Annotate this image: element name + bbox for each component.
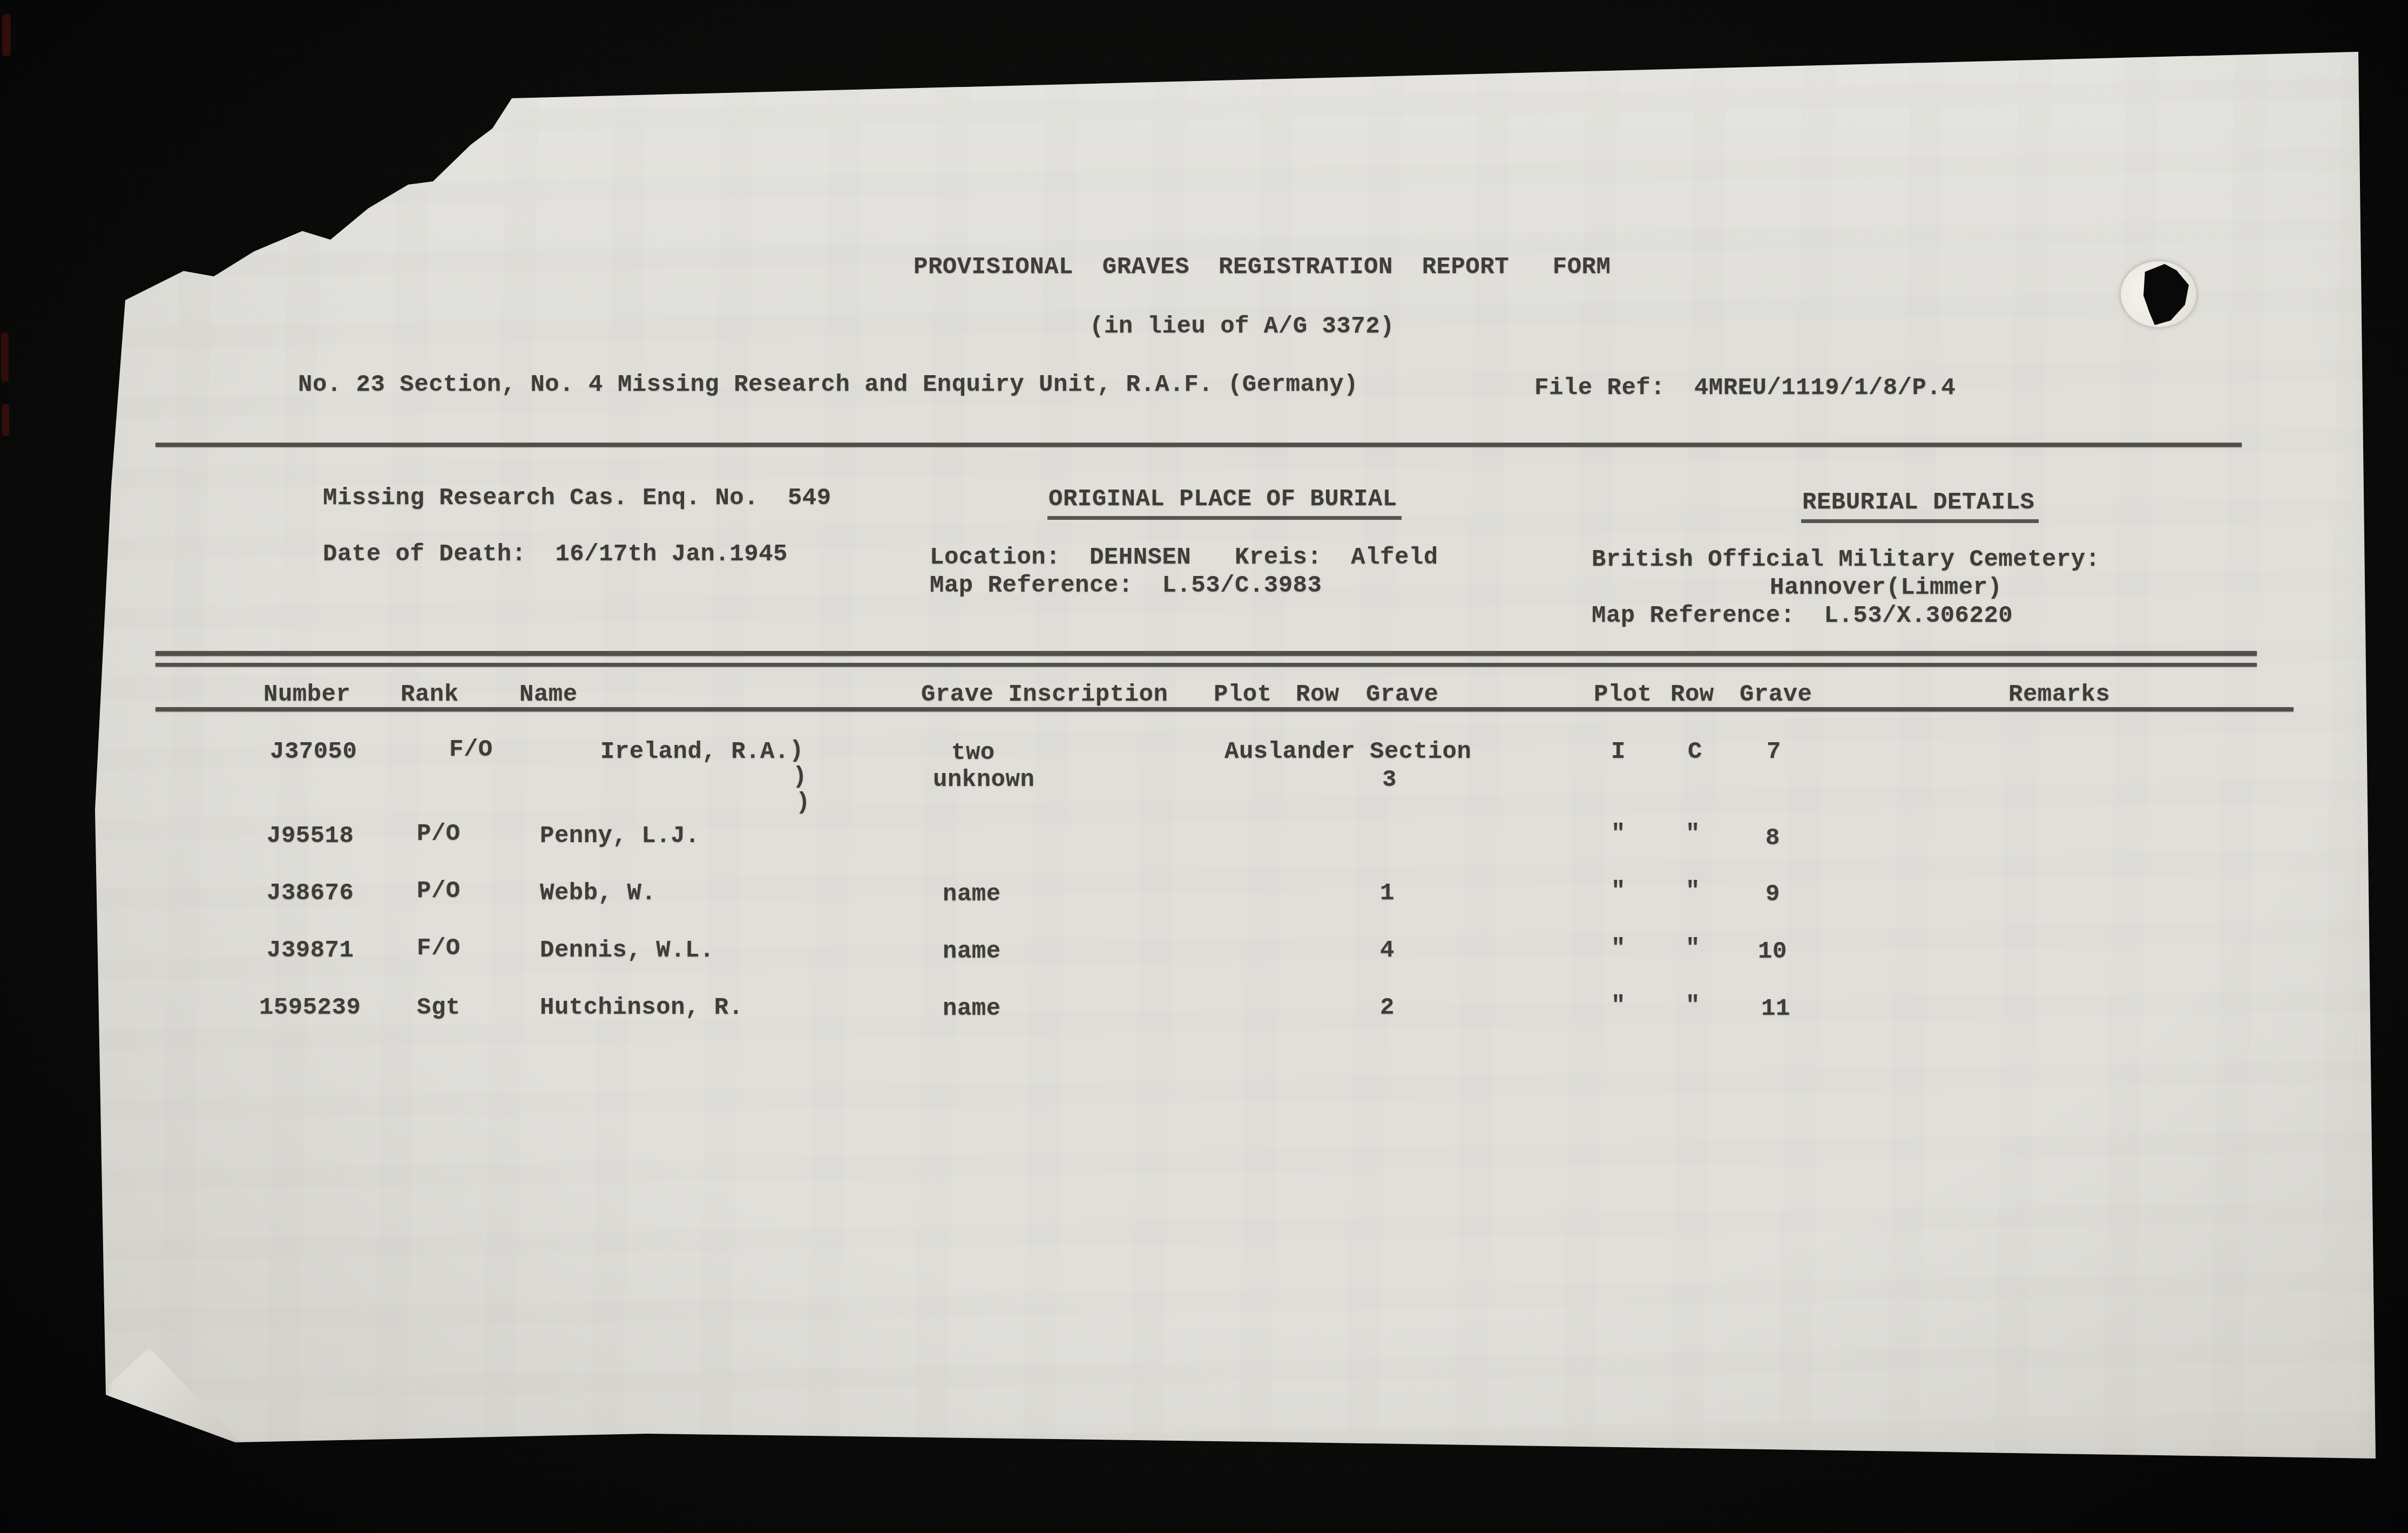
col-header-grave-inscription: Grave Inscription <box>921 681 1168 708</box>
cell-rank: P/O <box>417 878 461 905</box>
cell-reburial-row: " <box>1686 820 1700 847</box>
cell-number: J95518 <box>267 823 354 850</box>
cell-reburial-grave: 7 <box>1767 738 1781 765</box>
cell-reburial-grave: 10 <box>1758 938 1787 965</box>
col-header-rank: Rank <box>401 681 459 708</box>
cell-number: 1595239 <box>259 994 361 1021</box>
cell-original-plot-row-grave: 3 <box>1382 766 1397 793</box>
cell-reburial-row: C <box>1688 738 1702 765</box>
group-brace: ) <box>793 763 807 790</box>
document-page: PROVISIONAL GRAVES REGISTRATION REPORT F… <box>0 0 2408 1533</box>
cell-grave-inscription: unknown <box>933 766 1034 793</box>
col-header-name: Name <box>519 681 578 708</box>
col-header-grave-original: Grave <box>1366 681 1439 708</box>
divider-top <box>155 443 2242 447</box>
page-subtitle: (in lieu of A/G 3372) <box>1090 313 1395 340</box>
binding-red-mark <box>1 333 9 382</box>
scan-background: PROVISIONAL GRAVES REGISTRATION REPORT F… <box>0 0 2408 1533</box>
date-of-death: Date of Death: 16/17th Jan.1945 <box>323 541 788 568</box>
binding-red-mark <box>2 404 9 436</box>
punch-hole <box>2121 261 2196 327</box>
cell-reburial-plot: I <box>1611 738 1626 765</box>
col-header-number: Number <box>263 681 350 708</box>
cell-grave-inscription: name <box>943 995 1001 1022</box>
cell-number: J37050 <box>270 738 357 765</box>
folded-corner <box>106 1345 241 1445</box>
col-header-row-original: Row <box>1296 681 1340 708</box>
cell-reburial-row: " <box>1686 992 1700 1019</box>
cell-name: Dennis, W.L. <box>540 937 714 964</box>
page-title: PROVISIONAL GRAVES REGISTRATION REPORT F… <box>914 254 1611 281</box>
reburial-cemetery-name: Hannover(Limmer) <box>1770 574 2002 601</box>
reburial-label: REBURIAL DETAILS <box>1801 489 2039 523</box>
cell-rank: F/O <box>449 736 493 763</box>
cell-rank: Sgt <box>417 994 461 1021</box>
col-header-grave-reburial: Grave <box>1740 681 1812 708</box>
col-header-plot-original: Plot <box>1214 681 1272 708</box>
cell-reburial-plot: " <box>1611 992 1626 1019</box>
section-header-original-burial: ORIGINAL PLACE OF BURIAL <box>1049 486 1402 513</box>
cell-number: J38676 <box>267 880 354 907</box>
binding-red-mark <box>2 14 11 56</box>
cell-number: J39871 <box>267 937 354 964</box>
cell-rank: F/O <box>417 935 461 962</box>
cell-reburial-plot: " <box>1611 878 1626 905</box>
cell-name: Penny, L.J. <box>540 823 700 850</box>
col-header-remarks: Remarks <box>2008 681 2110 708</box>
cell-reburial-plot: " <box>1611 935 1626 962</box>
col-header-row-reburial: Row <box>1670 681 1714 708</box>
divider-mid-upper <box>155 651 2257 656</box>
table-header-underline <box>155 707 2294 711</box>
original-burial-label: ORIGINAL PLACE OF BURIAL <box>1047 486 1402 520</box>
cell-reburial-row: " <box>1686 935 1700 962</box>
cell-reburial-row: " <box>1686 878 1700 905</box>
burial-location: Location: DEHNSEN Kreis: Alfeld <box>930 544 1438 571</box>
group-brace: ) <box>789 737 804 764</box>
cell-grave-inscription: name <box>943 938 1001 965</box>
cell-reburial-plot: " <box>1611 820 1626 847</box>
cell-original-grave: 2 <box>1380 994 1395 1021</box>
cell-name: Webb, W. <box>540 880 656 907</box>
divider-mid-lower <box>155 663 2257 667</box>
file-ref: File Ref: 4MREU/1119/1/8/P.4 <box>1534 375 1956 402</box>
cell-grave-inscription: two <box>951 740 995 766</box>
unit-line: No. 23 Section, No. 4 Missing Research a… <box>298 371 1358 398</box>
case-number: Missing Research Cas. Enq. No. 549 <box>323 485 831 512</box>
cell-reburial-grave: 9 <box>1766 881 1780 908</box>
cell-grave-inscription: name <box>943 881 1001 908</box>
cell-original-grave: 4 <box>1380 937 1395 964</box>
punch-hole-opening <box>2121 261 2196 327</box>
burial-map-reference: Map Reference: L.53/C.3983 <box>930 572 1322 599</box>
cell-rank: P/O <box>417 820 461 847</box>
cell-reburial-grave: 8 <box>1766 825 1780 852</box>
group-brace: ) <box>796 789 810 816</box>
col-header-plot-reburial: Plot <box>1594 681 1652 708</box>
cell-original-grave: 1 <box>1380 880 1395 907</box>
reburial-cemetery: British Official Military Cemetery: <box>1592 546 2100 573</box>
cell-name: Hutchinson, R. <box>540 994 743 1021</box>
cell-original-plot-row-grave: Auslander Section <box>1225 738 1471 765</box>
cell-name: Ireland, R.A. <box>600 738 789 765</box>
section-header-reburial: REBURIAL DETAILS <box>1802 489 2039 516</box>
reburial-map-reference: Map Reference: L.53/X.306220 <box>1592 602 2013 629</box>
cell-reburial-grave: 11 <box>1761 995 1790 1022</box>
